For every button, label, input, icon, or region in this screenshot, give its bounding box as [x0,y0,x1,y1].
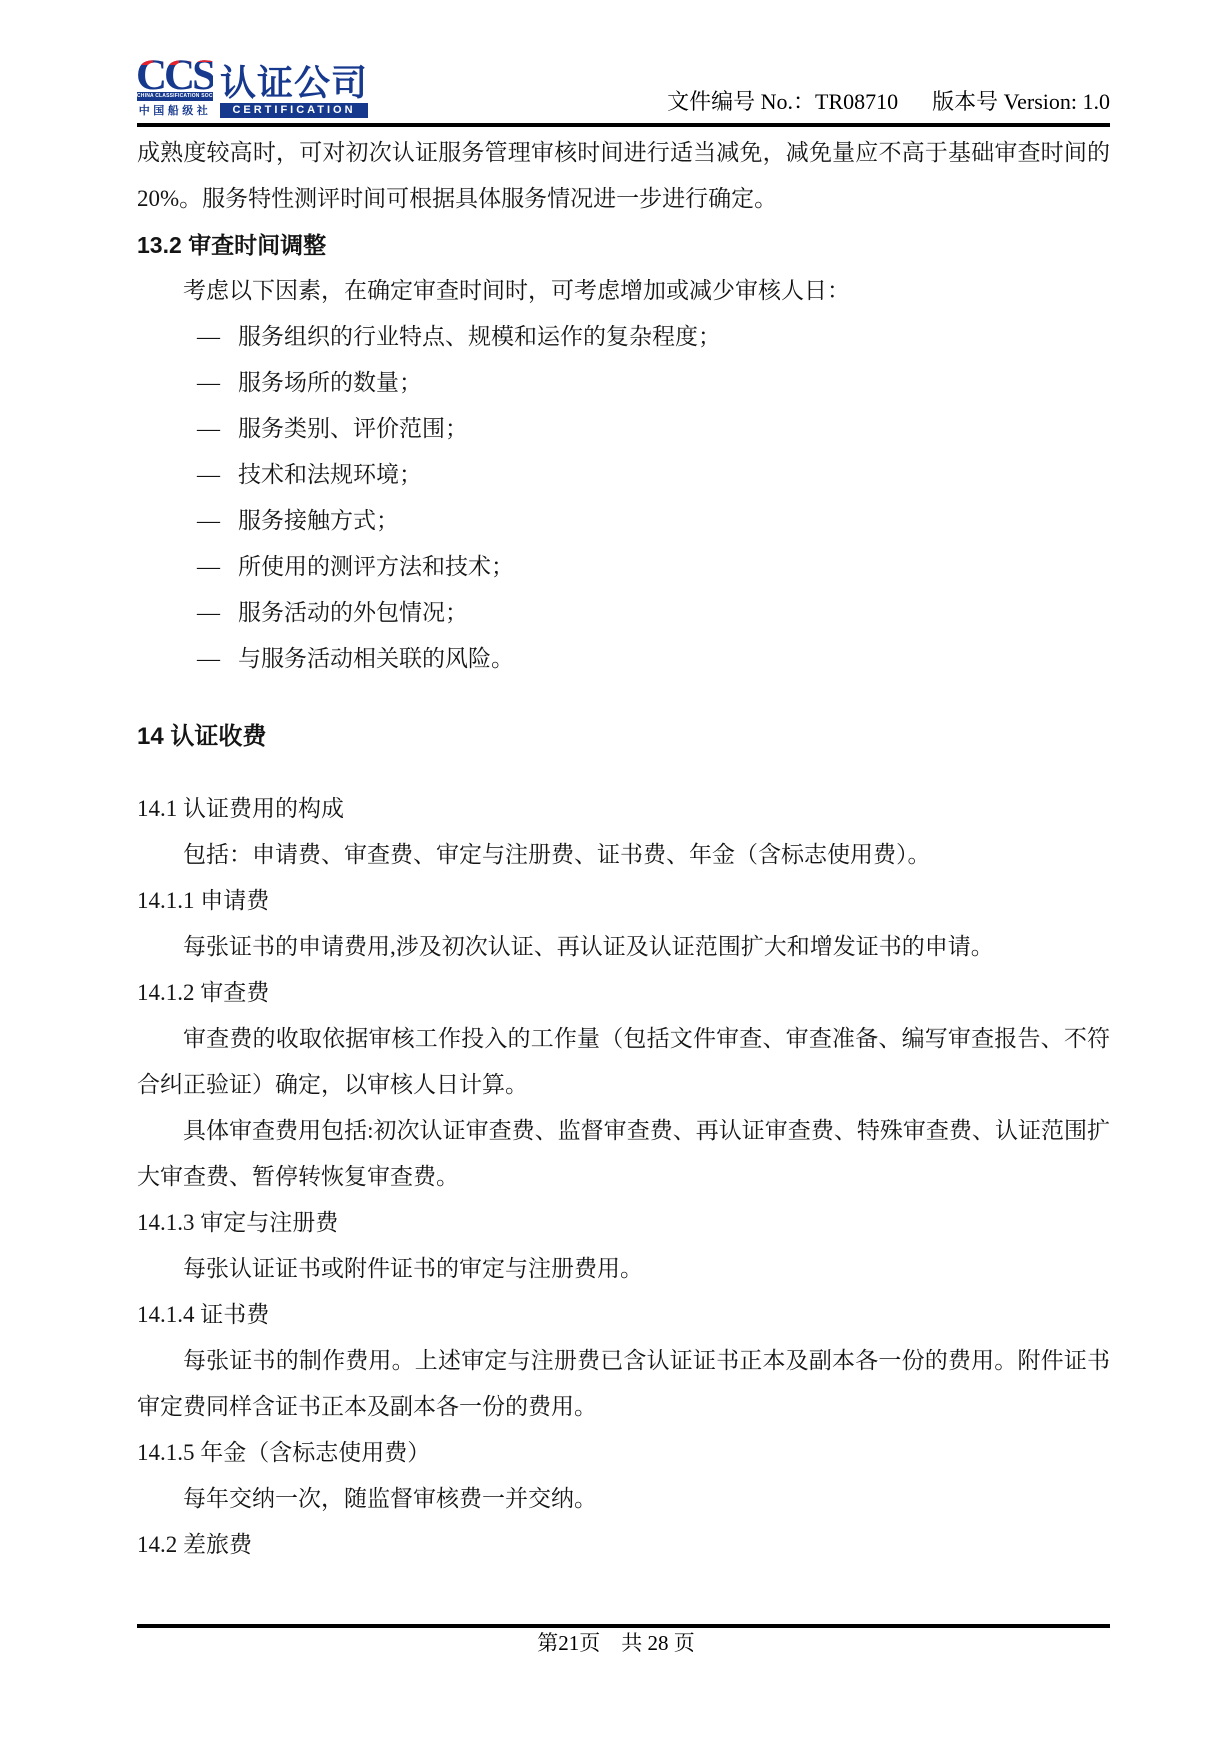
heading-14: 14 认证收费 [137,714,1110,760]
paragraph-13-2: 考虑以下因素，在确定审查时间时，可考虑增加或减少审核人日： [137,268,1110,314]
bullet-dash-icon: — [197,498,238,544]
bullet-item: — 与服务活动相关联的风险。 [137,636,1110,682]
paragraph-14-1-5: 每年交纳一次，随监督审核费一并交纳。 [137,1476,1110,1522]
bullet-dash-icon: — [197,636,238,682]
paragraph-14-1-3: 每张认证证书或附件证书的审定与注册费用。 [137,1246,1110,1292]
page-header: CCS CCS CHINA CLASSIFICATION SOCIETY 中国船… [137,48,1110,127]
paragraph-14-1-2b: 具体审查费用包括:初次认证审查费、监督审查费、再认证审查费、特殊审查费、认证范围… [137,1108,1110,1200]
bullet-text: 服务类别、评价范围； [238,406,1110,452]
heading-14-1-4: 14.1.4 证书费 [137,1292,1110,1338]
heading-14-2: 14.2 差旅费 [137,1522,1110,1568]
ccs-logo-left: CCS CCS CHINA CLASSIFICATION SOCIETY 中国船… [137,50,213,118]
heading-14-1-3: 14.1.3 审定与注册费 [137,1200,1110,1246]
brand-name-en: CERTIFICATION [220,103,368,118]
bullet-item: — 服务组织的行业特点、规模和运作的复杂程度； [137,314,1110,360]
bullet-item: — 服务接触方式； [137,498,1110,544]
brand-name-cn: 认证公司 [220,65,368,101]
bullet-item: — 服务活动的外包情况； [137,590,1110,636]
paragraph-14-1-4: 每张证书的制作费用。上述审定与注册费已含认证证书正本及副本各一份的费用。附件证书… [137,1338,1110,1430]
bullet-item: — 所使用的测评方法和技术； [137,544,1110,590]
document-body: 成熟度较高时，可对初次认证服务管理审核时间进行适当减免，减免量应不高于基础审查时… [137,130,1110,1568]
ccs-logo-mark: CCS CCS [137,50,213,92]
bullet-item: — 服务类别、评价范围； [137,406,1110,452]
paragraph-14-1: 包括：申请费、审查费、审定与注册费、证书费、年金（含标志使用费）。 [137,832,1110,878]
ccs-logo-right: 认证公司 CERTIFICATION [220,65,368,118]
bullet-item: — 技术和法规环境； [137,452,1110,498]
bullet-dash-icon: — [197,406,238,452]
bullet-dash-icon: — [197,314,238,360]
heading-13-2: 13.2 审查时间调整 [137,222,1110,268]
document-meta: 文件编号 No.：TR08710版本号 Version: 1.0 [667,85,1110,123]
heading-14-1-5: 14.1.5 年金（含标志使用费） [137,1430,1110,1476]
heading-14-1: 14.1 认证费用的构成 [137,786,1110,832]
bullet-text: 服务组织的行业特点、规模和运作的复杂程度； [238,314,1110,360]
page-number: 第21页 共 28 页 [0,1630,1232,1656]
paragraph-intro: 成熟度较高时，可对初次认证服务管理审核时间进行适当减免，减免量应不高于基础审查时… [137,130,1110,222]
paragraph-14-1-1: 每张证书的申请费用,涉及初次认证、再认证及认证范围扩大和增发证书的申请。 [137,924,1110,970]
footer-divider [137,1624,1110,1628]
bullet-text: 服务接触方式； [238,498,1110,544]
bullet-text: 所使用的测评方法和技术； [238,544,1110,590]
bullet-dash-icon: — [197,452,238,498]
bullet-text: 技术和法规环境； [238,452,1110,498]
bullet-text: 服务活动的外包情况； [238,590,1110,636]
bullet-dash-icon: — [197,360,238,406]
logo-subtitle-en: CHINA CLASSIFICATION SOCIETY [137,92,213,101]
logo-subtitle-cn: 中国船级社 [139,102,212,118]
document-page: CCS CCS CHINA CLASSIFICATION SOCIETY 中国船… [0,0,1232,1743]
bullet-item: — 服务场所的数量； [137,360,1110,406]
bullet-dash-icon: — [197,544,238,590]
bullet-dash-icon: — [197,590,238,636]
paragraph-14-1-2a: 审查费的收取依据审核工作投入的工作量（包括文件审查、审查准备、编写审查报告、不符… [137,1016,1110,1108]
bullet-text: 与服务活动相关联的风险。 [238,636,1110,682]
heading-14-1-2: 14.1.2 审查费 [137,970,1110,1016]
document-version: 版本号 Version: 1.0 [932,89,1110,114]
ccs-logo: CCS CCS CHINA CLASSIFICATION SOCIETY 中国船… [137,50,368,123]
bullet-text: 服务场所的数量； [238,360,1110,406]
heading-14-1-1: 14.1.1 申请费 [137,878,1110,924]
document-number: 文件编号 No.：TR08710 [667,89,898,114]
